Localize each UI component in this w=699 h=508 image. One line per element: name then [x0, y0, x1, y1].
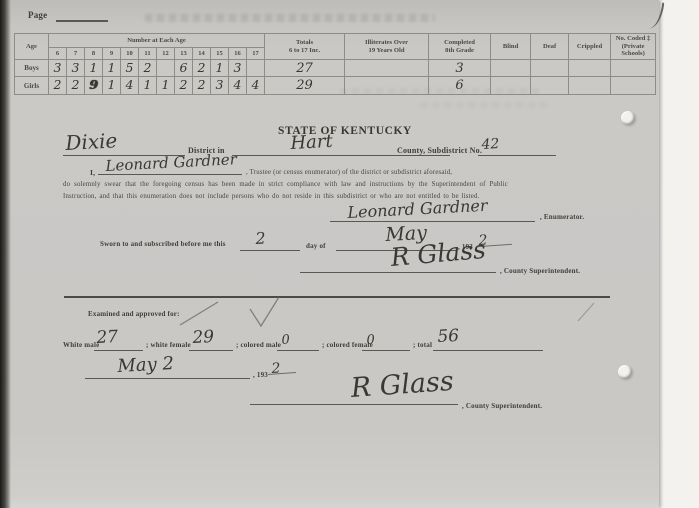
- row-label-boys: Boys: [15, 60, 49, 77]
- hole-punch-bottom: [618, 365, 632, 379]
- oath-suffix: , Trustee (or census enumerator) of the …: [246, 169, 452, 176]
- girls-age-13: 2: [175, 77, 193, 95]
- district-name-handwritten: Dixie: [65, 128, 118, 155]
- colored-female-line: [362, 350, 410, 351]
- age-col-8: 8: [85, 48, 103, 60]
- col-header-totals: Totals 6 to 17 Inc.: [265, 34, 345, 60]
- boys-age-16: 3: [229, 60, 247, 77]
- col-header-no-coded: No. Coded ‡ (Private Schools): [611, 34, 656, 60]
- girls-total: 29: [265, 77, 345, 95]
- row-label-girls: Girls: [15, 77, 49, 95]
- colored-male-label: ; colored male: [236, 341, 281, 349]
- table-row-boys: Boys 3 3 1 1 5 2 6 2 1 3 27 3: [15, 60, 656, 77]
- boys-age-7: 3: [67, 60, 85, 77]
- col-header-completed-8th: Completed 8th Grade: [429, 34, 491, 60]
- age-col-12: 12: [157, 48, 175, 60]
- census-table: Age Number at Each Age Totals 6 to 17 In…: [14, 33, 656, 95]
- girls-age-14: 2: [193, 77, 211, 95]
- scanned-census-page: Page Age Number at Each Age Totals 6 to …: [0, 0, 699, 508]
- boys-age-17: [247, 60, 265, 77]
- boys-deaf: [531, 60, 569, 77]
- book-spine-edge: [0, 0, 11, 508]
- girls-no-coded: [611, 77, 656, 95]
- col-header-blind: Blind: [491, 34, 531, 60]
- col-header-deaf: Deaf: [531, 34, 569, 60]
- age-col-6: 6: [49, 48, 67, 60]
- county-blank-line: [232, 155, 450, 156]
- boys-illiterates: [345, 60, 429, 77]
- subdistrict-blank-line: [478, 155, 556, 156]
- girls-age-6: 2: [49, 77, 67, 95]
- colored-female-value: 0: [366, 333, 375, 348]
- boys-age-6: 3: [49, 60, 67, 77]
- boys-age-9: 1: [103, 60, 121, 77]
- age-col-11: 11: [139, 48, 157, 60]
- white-male-value: 27: [96, 327, 119, 348]
- county-subdistrict-label: County, Subdistrict No.: [397, 146, 482, 155]
- boys-age-13: 6: [175, 60, 193, 77]
- ghost-text-band: [420, 102, 550, 108]
- county-name-handwritten: Hart: [290, 131, 333, 154]
- colored-male-line: [277, 350, 319, 351]
- approval-signature-line: [250, 404, 458, 405]
- colored-male-value: 0: [281, 333, 290, 348]
- age-col-15: 15: [211, 48, 229, 60]
- white-female-label: ; white female: [146, 341, 191, 349]
- col-header-age: Age: [15, 34, 49, 60]
- day-of-label: day of: [306, 242, 326, 250]
- approval-year-printed: , 193: [253, 371, 268, 379]
- boys-completed-8th: 3: [429, 60, 491, 77]
- colored-female-label: ; colored female: [322, 341, 373, 349]
- total-line: [433, 350, 543, 351]
- boys-age-12: [157, 60, 175, 77]
- oath-line2: do solemnly swear that the foregoing cen…: [63, 181, 508, 188]
- boys-age-10: 5: [121, 60, 139, 77]
- boys-no-coded: [611, 60, 656, 77]
- girls-blind: [491, 77, 531, 95]
- girls-age-17: 4: [247, 77, 265, 95]
- age-col-14: 14: [193, 48, 211, 60]
- col-header-number-at-each-age: Number at Each Age: [49, 34, 265, 48]
- boys-blind: [491, 60, 531, 77]
- sworn-text: Sworn to and subscribed before me this: [100, 240, 226, 248]
- age-col-16: 16: [229, 48, 247, 60]
- age-col-7: 7: [67, 48, 85, 60]
- girls-illiterates: [345, 77, 429, 95]
- white-male-line: [94, 350, 143, 351]
- page-blank-line: [56, 20, 108, 22]
- white-male-label: White male: [63, 341, 99, 349]
- boys-age-8: 1: [85, 60, 103, 77]
- boys-age-11: 2: [139, 60, 157, 77]
- superintendent-signature-line: [300, 272, 496, 273]
- girls-age-8: 9: [85, 77, 103, 95]
- girls-deaf: [531, 77, 569, 95]
- total-label: ; total: [413, 341, 432, 349]
- table-row-girls: Girls 2 2 9 1 4 1 1 2 2 3 4 4 29 6: [15, 77, 656, 95]
- superintendent-label: , County Superintendent.: [500, 267, 580, 275]
- age-col-9: 9: [103, 48, 121, 60]
- girls-age-15: 3: [211, 77, 229, 95]
- enumerator-label: , Enumerator.: [540, 213, 584, 221]
- girls-completed-8th: 6: [429, 77, 491, 95]
- girls-age-10: 4: [121, 77, 139, 95]
- approval-date-handwritten: May 2: [117, 353, 175, 377]
- boys-age-15: 1: [211, 60, 229, 77]
- boys-age-14: 2: [193, 60, 211, 77]
- enumerator-signature-line: [330, 221, 535, 222]
- subdistrict-number-handwritten: 42: [481, 136, 500, 153]
- age-col-13: 13: [175, 48, 193, 60]
- girls-age-16: 4: [229, 77, 247, 95]
- page-label: Page: [28, 10, 47, 20]
- boys-total: 27: [265, 60, 345, 77]
- total-value: 56: [437, 326, 460, 347]
- oath-intro: I,: [90, 168, 95, 177]
- state-title: STATE OF KENTUCKY: [180, 125, 510, 137]
- approval-superintendent-label: , County Superintendent.: [462, 402, 542, 410]
- col-header-illiterates: Illiterates Over 19 Years Old: [345, 34, 429, 60]
- hole-punch-top: [621, 111, 635, 125]
- girls-age-12: 1: [157, 77, 175, 95]
- girls-crippled: [569, 77, 611, 95]
- age-col-10: 10: [121, 48, 139, 60]
- ghost-text-band: [145, 14, 435, 22]
- age-col-17: 17: [247, 48, 265, 60]
- sworn-day-line: [240, 250, 300, 251]
- trustee-name-line: [98, 174, 242, 175]
- white-female-value: 29: [192, 327, 215, 348]
- girls-age-11: 1: [139, 77, 157, 95]
- girls-age-9: 1: [103, 77, 121, 95]
- boys-crippled: [569, 60, 611, 77]
- sworn-day-handwritten: 2: [255, 228, 266, 248]
- col-header-crippled: Crippled: [569, 34, 611, 60]
- girls-age-7: 2: [67, 77, 85, 95]
- approval-date-line: [85, 378, 250, 379]
- white-female-line: [189, 350, 233, 351]
